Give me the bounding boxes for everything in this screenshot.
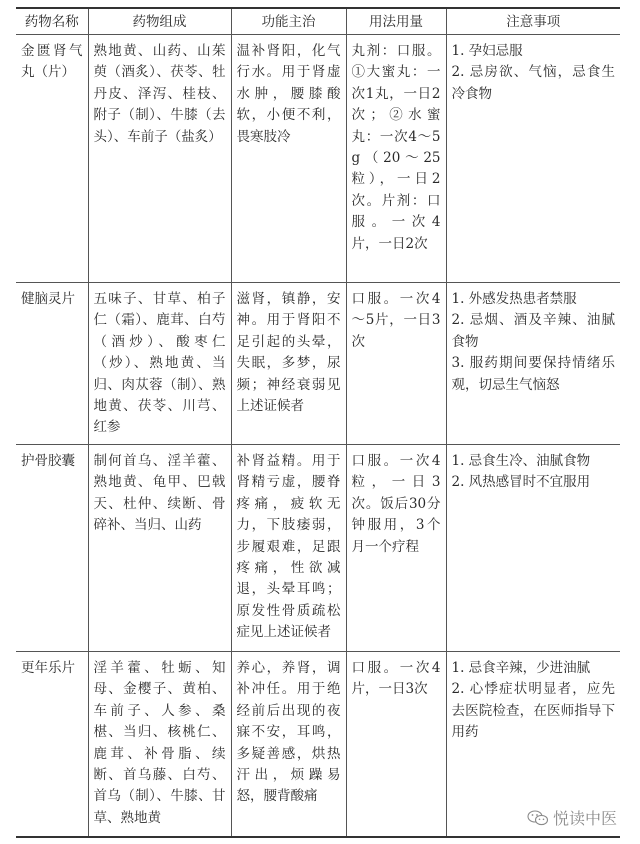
- header-composition: 药物组成: [88, 8, 231, 35]
- cell-notes: 1. 忌食生冷、油腻食物 2. 风热感冒时不宜服用: [446, 445, 620, 652]
- medicine-table: 药物名称 药物组成 功能主治 用法用量 注意事项 金匮肾气丸（片） 熟地黄、山药…: [16, 7, 620, 838]
- cell-usage: 口服。一次4～5片，一日3次: [346, 283, 446, 445]
- cell-name: 健脑灵片: [16, 283, 88, 445]
- note-item: 2. 忌房欲、气恼，忌食生冷食物: [452, 62, 616, 105]
- watermark-text: 悦读中医: [553, 806, 617, 829]
- cell-name: 金匮肾气丸（片）: [16, 35, 88, 283]
- cell-composition: 制何首乌、淫羊藿、熟地黄、龟甲、巴戟天、杜仲、续断、骨碎补、当归、山药: [88, 445, 231, 652]
- cell-indications: 补肾益精。用于肾精亏虚，腰脊疼痛，疲软无力，下肢痿弱，步履艰难，足跟疼痛，性欲减…: [231, 445, 346, 652]
- table-row: 护骨胶囊 制何首乌、淫羊藿、熟地黄、龟甲、巴戟天、杜仲、续断、骨碎补、当归、山药…: [16, 445, 620, 652]
- cell-name: 更年乐片: [16, 652, 88, 838]
- cell-notes: 1. 孕妇忌服 2. 忌房欲、气恼，忌食生冷食物: [446, 35, 620, 283]
- cell-notes: 1. 外感发热患者禁服 2. 忌烟、酒及辛辣、油腻食物 3. 服药期间要保持情绪…: [446, 283, 620, 445]
- cell-composition: 淫羊藿、牡蛎、知母、金樱子、黄柏、车前子、人参、桑椹、当归、核桃仁、鹿茸、补骨脂…: [88, 652, 231, 838]
- cell-indications: 滋肾，镇静，安神。用于肾阳不足引起的头晕，失眠，多梦，尿频；神经衰弱见上述证候者: [231, 283, 346, 445]
- note-item: 2. 忌烟、酒及辛辣、油腻食物: [452, 310, 616, 353]
- cell-composition: 五味子、甘草、柏子仁（霜）、鹿茸、白芍（酒炒）、酸枣仁（炒）、熟地黄、当归、肉苁…: [88, 283, 231, 445]
- cell-usage: 口服。一次4片，一日3次: [346, 652, 446, 838]
- cell-indications: 温补肾阳，化气行水。用于肾虚水肿，腰膝酸软，小便不利，畏寒肢冷: [231, 35, 346, 283]
- cell-name: 护骨胶囊: [16, 445, 88, 652]
- header-name: 药物名称: [16, 8, 88, 35]
- note-item: 1. 孕妇忌服: [452, 41, 616, 62]
- table-row: 金匮肾气丸（片） 熟地黄、山药、山茱萸（酒炙）、茯苓、牡丹皮、泽泻、桂枝、附子（…: [16, 35, 620, 283]
- header-usage: 用法用量: [346, 8, 446, 35]
- note-item: 1. 外感发热患者禁服: [452, 289, 616, 310]
- note-item: 1. 忌食辛辣，少进油腻: [452, 658, 616, 679]
- cell-usage: 丸剂：口服。①大蜜丸：一次1丸，一日2次；②水蜜丸：一次4～5g（20～25粒）…: [346, 35, 446, 283]
- table-header-row: 药物名称 药物组成 功能主治 用法用量 注意事项: [16, 8, 620, 35]
- watermark: 悦读中医: [527, 806, 617, 829]
- header-indications: 功能主治: [231, 8, 346, 35]
- cell-indications: 养心，养肾，调补冲任。用于绝经前后出现的夜寐不安，耳鸣，多疑善感，烘热汗出，烦躁…: [231, 652, 346, 838]
- wechat-icon: [527, 810, 549, 826]
- note-item: 2. 风热感冒时不宜服用: [452, 472, 616, 493]
- header-notes: 注意事项: [446, 8, 620, 35]
- note-item: 2. 心悸症状明显者，应先去医院检查，在医师指导下用药: [452, 679, 616, 743]
- note-item: 3. 服药期间要保持情绪乐观，切忌生气恼怒: [452, 353, 616, 396]
- table-row: 健脑灵片 五味子、甘草、柏子仁（霜）、鹿茸、白芍（酒炒）、酸枣仁（炒）、熟地黄、…: [16, 283, 620, 445]
- note-item: 1. 忌食生冷、油腻食物: [452, 451, 616, 472]
- cell-usage: 口服。一次4粒，一日3次。饭后30分钟服用，3个月一个疗程: [346, 445, 446, 652]
- cell-composition: 熟地黄、山药、山茱萸（酒炙）、茯苓、牡丹皮、泽泻、桂枝、附子（制）、牛膝（去头）…: [88, 35, 231, 283]
